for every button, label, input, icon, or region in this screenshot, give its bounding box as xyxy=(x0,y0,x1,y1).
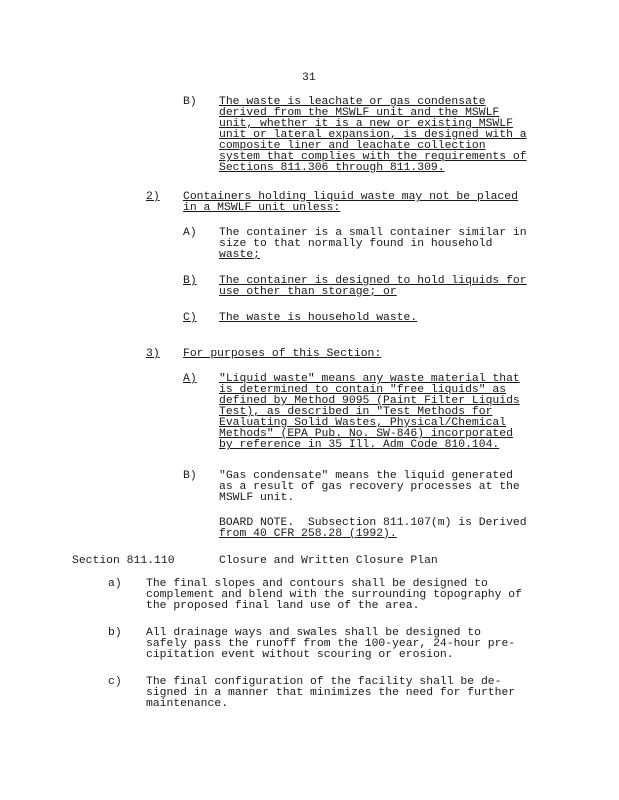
item-3-text: For purposes of this Section: xyxy=(183,349,381,360)
item-2b-label: B) xyxy=(183,276,197,287)
page-number: 31 xyxy=(302,73,316,84)
item-3b-label: B) xyxy=(183,471,197,482)
closure-item-c-label: c) xyxy=(108,677,122,688)
item-label-3: 3) xyxy=(146,349,160,360)
item-label-b: B) xyxy=(183,97,197,108)
item-2c-text: The waste is household waste. xyxy=(219,313,417,324)
item-3a-label: A) xyxy=(183,374,197,385)
item-label-2: 2) xyxy=(146,192,160,203)
section-number: Section 811.110 xyxy=(72,556,175,567)
section-title: Closure and Written Closure Plan xyxy=(219,556,438,567)
closure-item-b-label: b) xyxy=(108,628,122,639)
item-2c-label: C) xyxy=(183,313,197,324)
item-2a-label: A) xyxy=(183,228,197,239)
closure-item-a-label: a) xyxy=(108,579,122,590)
